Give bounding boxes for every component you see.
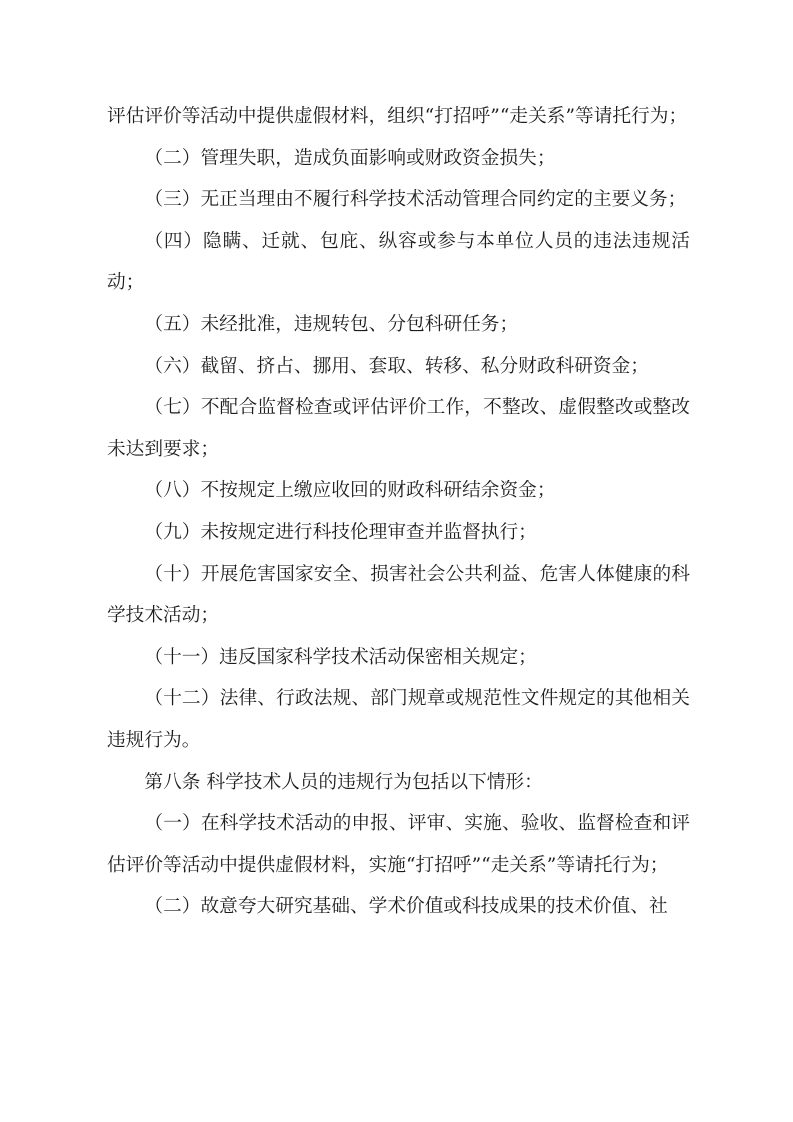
clause-item-10: （十）开展危害国家安全、损害社会公共利益、危害人体健康的科学技术活动； [107, 554, 690, 637]
clause-item-6: （六）截留、挤占、挪用、套取、转移、私分财政科研资金； [107, 346, 690, 388]
clause-item-4: （四）隐瞒、迁就、包庇、纵容或参与本单位人员的违法违规活动； [107, 221, 690, 304]
clause-item-9: （九）未按规定进行科技伦理审查并监督执行； [107, 512, 690, 554]
clause-item-8: （八）不按规定上缴应收回的财政科研结余资金； [107, 470, 690, 512]
article-8-item-2: （二）故意夸大研究基础、学术价值或科技成果的技术价值、社 [107, 886, 690, 928]
clause-item-12: （十二）法律、行政法规、部门规章或规范性文件规定的其他相关违规行为。 [107, 678, 690, 761]
clause-item-11: （十一）违反国家科学技术活动保密相关规定； [107, 637, 690, 679]
document-text-block: 评估评价等活动中提供虚假材料，组织“打招呼”“走关系”等请托行为； （二）管理失… [107, 96, 690, 928]
document-page: 评估评价等活动中提供虚假材料，组织“打招呼”“走关系”等请托行为； （二）管理失… [0, 0, 793, 1122]
article-8-heading: 第八条 科学技术人员的违规行为包括以下情形： [107, 762, 690, 804]
clause-item-7: （七）不配合监督检查或评估评价工作，不整改、虚假整改或整改未达到要求； [107, 387, 690, 470]
article-8-item-1: （一）在科学技术活动的申报、评审、实施、验收、监督检查和评估评价等活动中提供虚假… [107, 803, 690, 886]
clause-item-5: （五）未经批准，违规转包、分包科研任务； [107, 304, 690, 346]
clause-item-2: （二）管理失职，造成负面影响或财政资金损失； [107, 138, 690, 180]
paragraph-continuation: 评估评价等活动中提供虚假材料，组织“打招呼”“走关系”等请托行为； [107, 96, 690, 138]
clause-item-3: （三）无正当理由不履行科学技术活动管理合同约定的主要义务； [107, 179, 690, 221]
